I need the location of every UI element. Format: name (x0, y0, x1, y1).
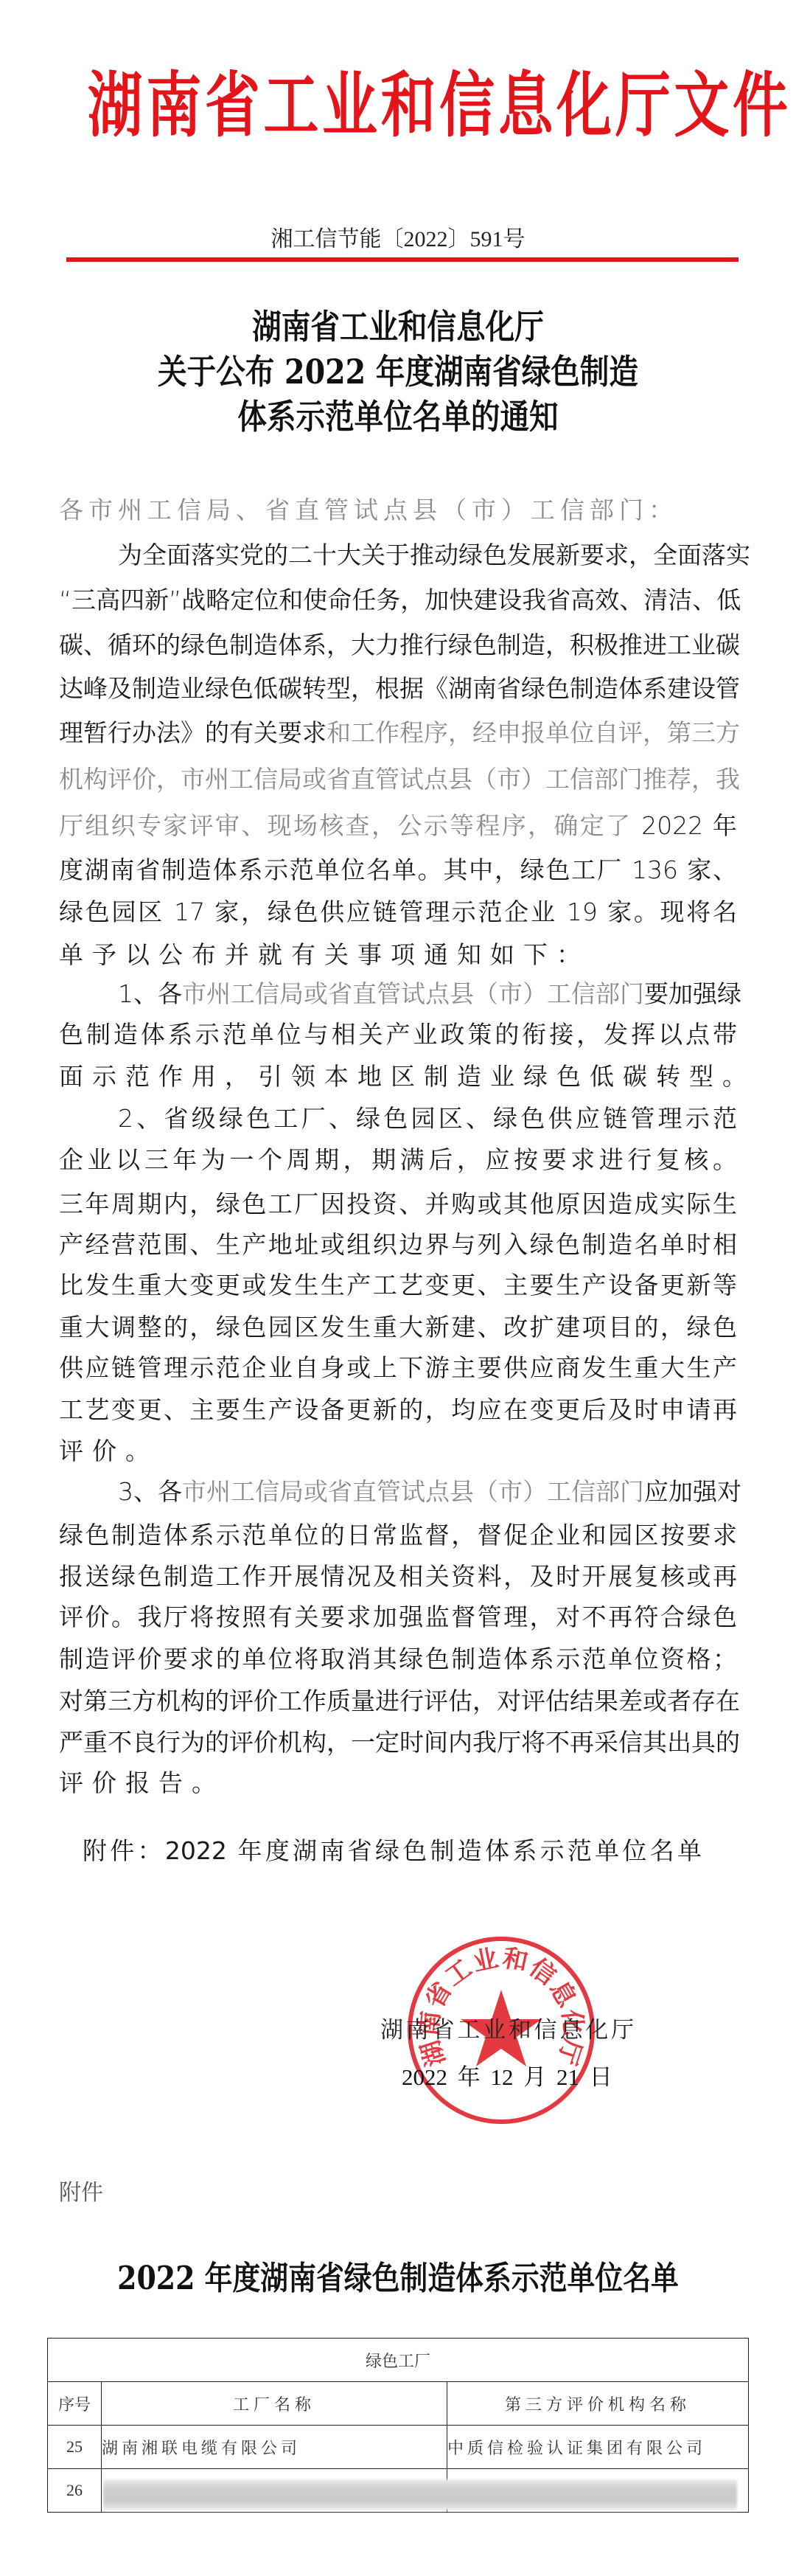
body-text-dark: 2022 年 (632, 811, 737, 840)
body-line: 达峰及制造业绿色低碳转型，根据《湖南省绿色制造体系建设管 (59, 673, 737, 705)
doc-title-line-1: 湖南省工业和信息化厅 (56, 306, 741, 347)
table-row: 25 湖南湘联电缆有限公司 中质信检验认证集团有限公司 (48, 2426, 749, 2469)
document-number: 湘工信节能〔2022〕591号 (0, 225, 796, 254)
body-line: 单予以公布并就有关事项通知如下： (59, 939, 737, 971)
table-section-row: 绿色工厂 (48, 2339, 749, 2382)
body-line: 厅组织专家评审、现场核查，公示等程序，确定了 2022 年 (59, 810, 737, 842)
item-1-line: 面示范作用，引领本地区制造业绿色低碳转型。 (59, 1060, 737, 1093)
redacted-blur-overlay (103, 2479, 737, 2510)
column-header-no: 序号 (48, 2382, 102, 2426)
item-3-line: 3、各市州工信局或省直管试点县（市）工信部门应加强对 (118, 1476, 737, 1508)
item-2-line: 企业以三年为一个周期，期满后，应按要求进行复核。 (59, 1144, 737, 1176)
table-header-row: 序号 工厂名称 第三方评价机构名称 (48, 2382, 749, 2426)
item-3-prefix: 3、各 (118, 1477, 182, 1506)
salutation: 各市州工信局、省直管试点县（市）工信部门： (59, 494, 678, 527)
item-3-line: 评价报告。 (59, 1767, 737, 1799)
column-header-evaluator: 第三方评价机构名称 (447, 2382, 749, 2426)
item-3-grey: 市州工信局或省直管试点县（市）工信部门 (182, 1477, 644, 1506)
item-1-line: 色制造体系示范单位与相关产业政策的衔接，发挥以点带 (59, 1018, 737, 1051)
row-evaluator: 中质信检验认证集团有限公司 (447, 2426, 749, 2469)
doc-title-line-3: 体系示范单位名单的通知 (56, 396, 741, 437)
body-line: “三高四新”战略定位和使命任务，加快建设我省高效、清洁、低 (59, 584, 737, 617)
item-1-prefix: 1、各 (118, 979, 182, 1008)
item-2-line: 三年周期内，绿色工厂因投资、并购或其他原因造成实际生 (59, 1188, 737, 1221)
item-2-line: 产经营范围、生产地址或组织边界与列入绿色制造名单时相 (59, 1229, 737, 1261)
annex-title: 2022 年度湖南省绿色制造体系示范单位名单 (56, 2258, 741, 2299)
item-1-line: 1、各市州工信局或省直管试点县（市）工信部门要加强绿 (118, 978, 737, 1010)
item-2-line: 重大调整的，绿色园区发生重大新建、改扩建项目的，绿色 (59, 1311, 737, 1344)
body-line: 度湖南省制造体系示范单位名单。其中，绿色工厂 136 家、 (59, 854, 737, 886)
body-line: 为全面落实党的二十大关于推动绿色发展新要求，全面落实 (118, 539, 737, 572)
body-text-dark: 理暂行办法》的有关要求 (59, 718, 327, 747)
item-3-suffix: 应加强对 (644, 1477, 741, 1506)
row-no: 26 (48, 2469, 102, 2513)
header-red-divider (66, 257, 739, 262)
doc-title-line-2: 关于公布 2022 年度湖南省绿色制造 (56, 351, 741, 392)
item-3-line: 严重不良行为的评价机构，一定时间内我厅将不再采信其出具的 (59, 1726, 737, 1759)
item-1-suffix: 要加强绿 (644, 979, 741, 1008)
signature-organization: 湖南省工业和信息化厅 (380, 2014, 634, 2046)
annex-label: 附件 (59, 2177, 103, 2209)
item-2-line: 比发生重大变更或发生生产工艺变更、主要生产设备更新等 (59, 1269, 737, 1302)
table-section-title: 绿色工厂 (48, 2339, 749, 2382)
body-line: 理暂行办法》的有关要求和工作程序，经申报单位自评，第三方 (59, 717, 737, 749)
attachment-reference: 附件：2022 年度湖南省绿色制造体系示范单位名单 (83, 1835, 702, 1867)
item-3-line: 报送绿色制造工作开展情况及相关资料，及时开展复核或再 (59, 1560, 737, 1593)
item-3-line: 评价。我厅将按照有关要求加强监督管理，对不再符合绿色 (59, 1601, 737, 1634)
body-text-grey: 和工作程序，经申报单位自评，第三方 (327, 718, 740, 747)
row-factory-name: 湖南湘联电缆有限公司 (102, 2426, 447, 2469)
body-line: 碳、循环的绿色制造体系，大力推行绿色制造，积极推进工业碳 (59, 629, 737, 662)
signature-date: 2022 年 12 月 21 日 (402, 2061, 612, 2094)
item-2-line: 评价。 (59, 1435, 737, 1468)
row-no: 25 (48, 2426, 102, 2469)
item-2-line: 工艺变更、主要生产设备更新的，均应在变更后及时申请再 (59, 1394, 737, 1426)
body-text-grey: 厅组织专家评审、现场核查，公示等程序，确定了 (59, 811, 632, 840)
column-header-factory-name: 工厂名称 (102, 2382, 447, 2426)
item-2-line: 供应链管理示范企业自身或上下游主要供应商发生重大生产 (59, 1352, 737, 1384)
body-line: 绿色园区 17 家，绿色供应链管理示范企业 19 家。现将名 (59, 896, 737, 928)
item-3-line: 制造评价要求的单位将取消其绿色制造体系示范单位资格； (59, 1643, 737, 1676)
body-line: 机构评价，市州工信局或省直管试点县（市）工信部门推荐，我 (59, 763, 737, 796)
item-2-line: 2、省级绿色工厂、绿色园区、绿色供应链管理示范 (118, 1103, 737, 1135)
issuer-header-title: 湖南省工业和信息化厅文件 (88, 58, 708, 153)
item-1-grey: 市州工信局或省直管试点县（市）工信部门 (182, 979, 644, 1008)
item-3-line: 对第三方机构的评价工作质量进行评估，对评估结果差或者存在 (59, 1685, 737, 1718)
item-3-line: 绿色制造体系示范单位的日常监督，督促企业和园区按要求 (59, 1519, 737, 1552)
